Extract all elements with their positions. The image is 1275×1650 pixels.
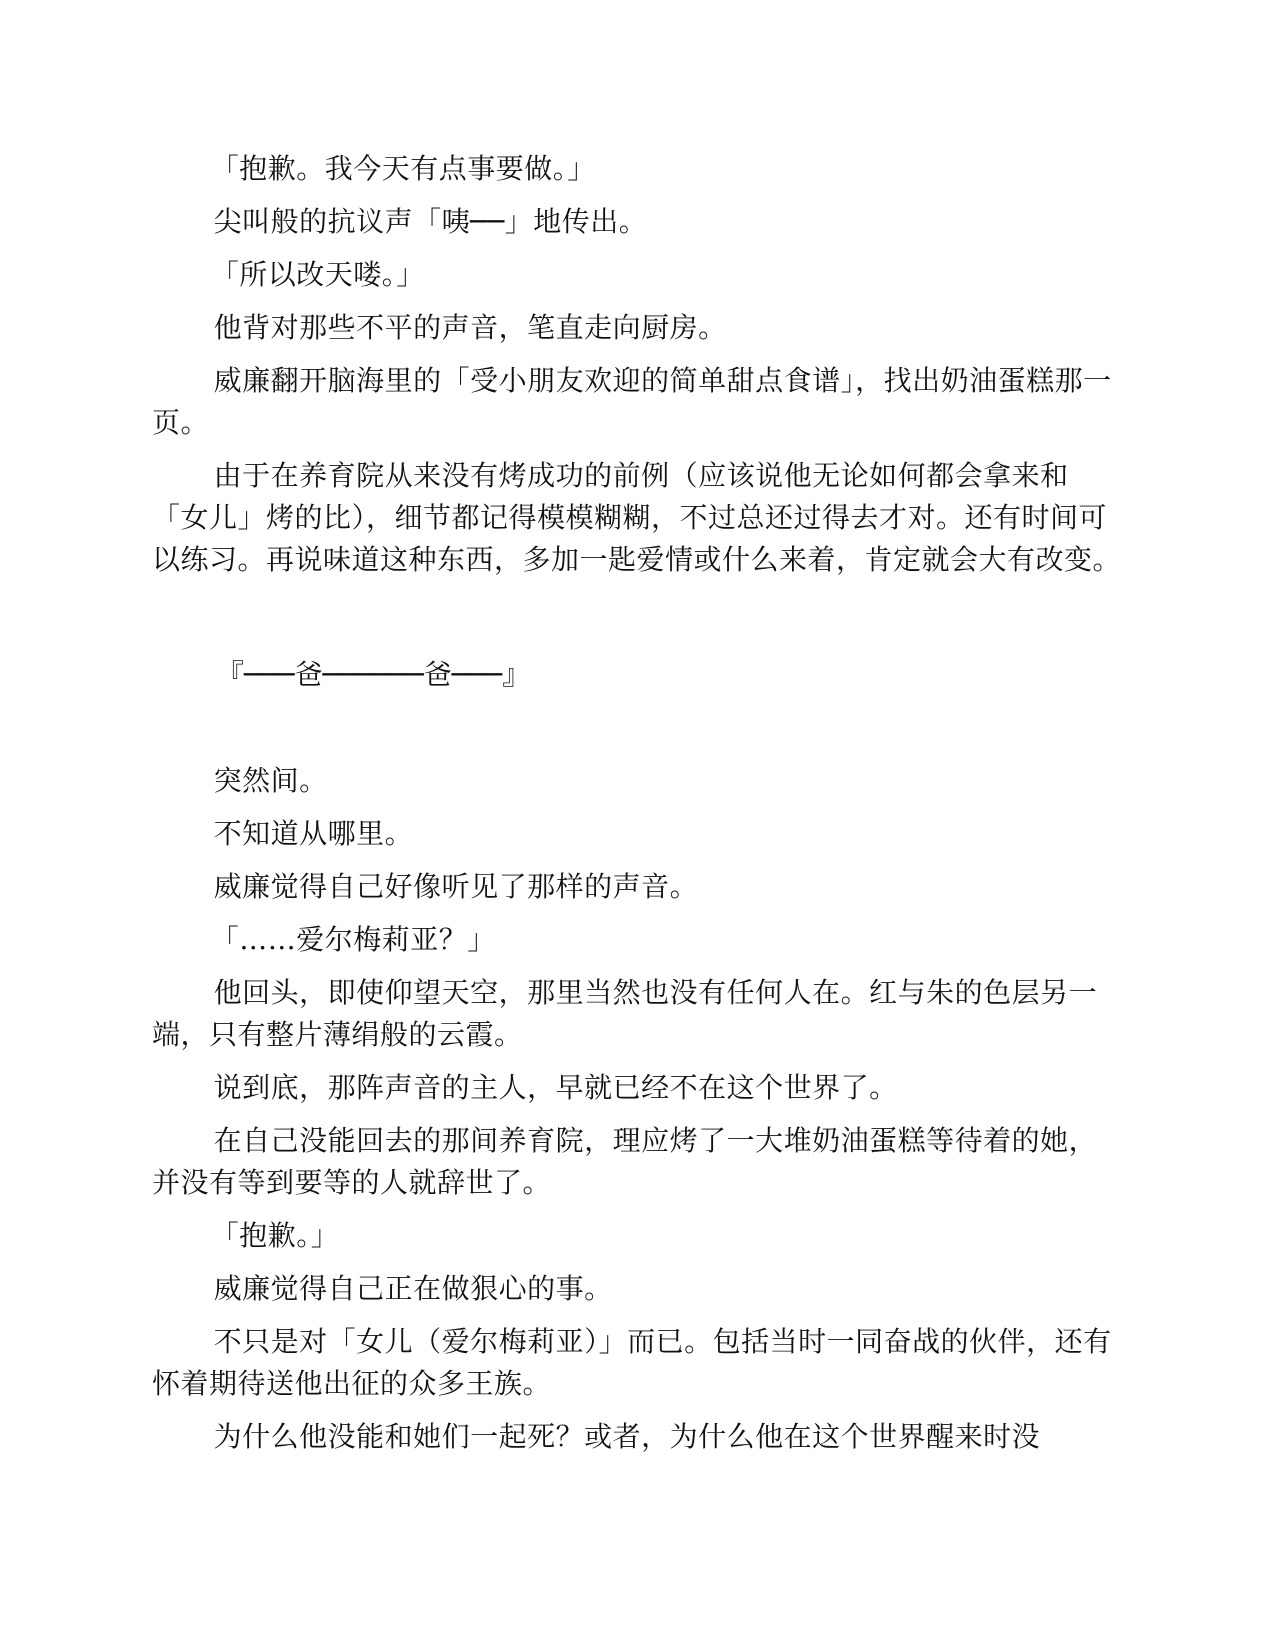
scene-break-spacer (152, 696, 1122, 760)
paragraph: 尖叫般的抗议声「咦──」地传出。 (152, 201, 1122, 243)
scene-break-spacer (152, 592, 1122, 654)
paragraph: 他回头，即使仰望天空，那里当然也没有任何人在。红与朱的色层另一端，只有整片薄绢般… (152, 972, 1122, 1056)
paragraph: 突然间。 (152, 760, 1122, 802)
paragraph: 不知道从哪里。 (152, 813, 1122, 855)
document-page: 「抱歉。我今天有点事要做。」 尖叫般的抗议声「咦──」地传出。 「所以改天喽。」… (152, 148, 1122, 1469)
paragraph-dialogue: 「所以改天喽。」 (152, 254, 1122, 296)
paragraph-dialogue: 「……爱尔梅莉亚？」 (152, 919, 1122, 961)
paragraph-dialogue: 「抱歉。我今天有点事要做。」 (152, 148, 1122, 190)
scream-line: 『───爸──────爸───』 (152, 654, 1122, 696)
paragraph: 不只是对「女儿（爱尔梅莉亚）」而已。包括当时一同奋战的伙伴，还有怀着期待送他出征… (152, 1321, 1122, 1405)
paragraph: 威廉觉得自己好像听见了那样的声音。 (152, 866, 1122, 908)
paragraph: 由于在养育院从来没有烤成功的前例（应该说他无论如何都会拿来和「女儿」烤的比），细… (152, 455, 1122, 581)
paragraph: 威廉翻开脑海里的「受小朋友欢迎的简单甜点食谱」，找出奶油蛋糕那一页。 (152, 360, 1122, 444)
paragraph: 为什么他没能和她们一起死？或者，为什么他在这个世界醒来时没 (152, 1416, 1122, 1458)
paragraph: 说到底，那阵声音的主人，早就已经不在这个世界了。 (152, 1067, 1122, 1109)
paragraph: 他背对那些不平的声音，笔直走向厨房。 (152, 307, 1122, 349)
paragraph: 在自己没能回去的那间养育院，理应烤了一大堆奶油蛋糕等待着的她，并没有等到要等的人… (152, 1120, 1122, 1204)
paragraph-dialogue: 「抱歉。」 (152, 1215, 1122, 1257)
paragraph: 威廉觉得自己正在做狠心的事。 (152, 1268, 1122, 1310)
